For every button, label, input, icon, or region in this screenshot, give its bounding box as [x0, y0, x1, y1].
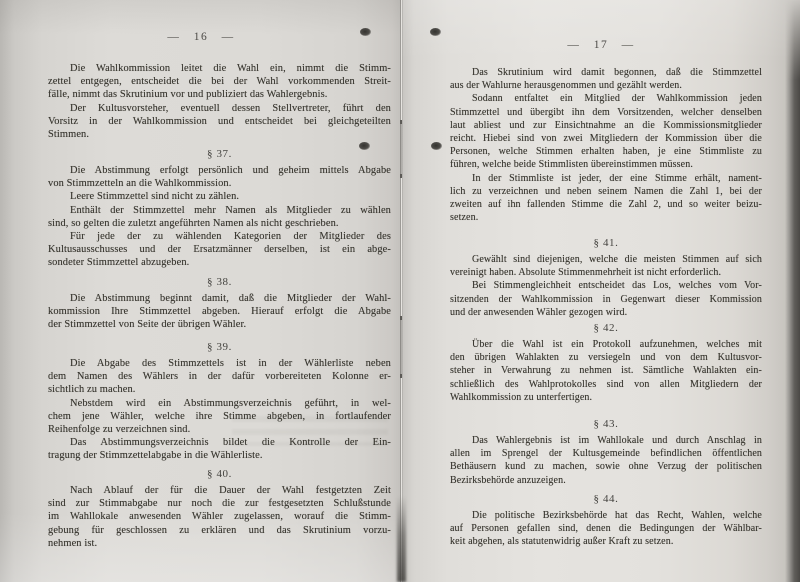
text-line: dem Namen des Wählers in der dafür vorbe…: [48, 370, 391, 383]
text-line: reicht. Hiebei sind von zwei Mitgliedern…: [450, 132, 762, 145]
paragraph: Über die Wahl ist ein Protokoll aufzuneh…: [450, 338, 762, 404]
paragraph: In der Stimmliste ist jeder, der eine St…: [450, 172, 762, 225]
text-line: Stimmen.: [48, 128, 391, 141]
staple-mark: [400, 316, 402, 378]
paragraph: Enthält der Stimmzettel mehr Namen als M…: [48, 204, 391, 230]
section-group: Die Wahlkommission leitet die Wahl ein, …: [48, 62, 391, 141]
section-group: § 43.Das Wahlergebnis ist im Wahllokale …: [450, 418, 762, 487]
paragraph: Der Kultusvorsteher, eventuell dessen St…: [48, 102, 391, 142]
paragraph: Das Skrutinium wird damit begonnen, daß …: [450, 66, 762, 92]
scanned-book-spread: — 16 — Die Wahlkommission leitet die Wah…: [0, 0, 800, 582]
paragraph: Die Abgabe des Stimmzettels ist in der W…: [48, 357, 391, 397]
paragraph: Sodann entfaltet ein Mitglied der Wahlko…: [450, 92, 762, 171]
text-line: Gewählt sind diejenigen, welche die meis…: [450, 253, 762, 266]
text-line: Enthält der Stimmzettel mehr Namen als M…: [48, 204, 391, 217]
text-line: sind, so gelten die zuletzt angeführten …: [48, 217, 391, 230]
section-heading: § 41.: [450, 237, 762, 250]
text-line: Die Abstimmung erfolgt persönlich und ge…: [48, 164, 391, 177]
section-group: § 37.Die Abstimmung erfolgt persönlich u…: [48, 148, 391, 270]
text-line: sitzenden der Wahlkommission in Gegenwar…: [450, 293, 762, 306]
staple-mark: [400, 120, 402, 178]
text-line: Die Wahlkommission leitet die Wahl ein, …: [48, 62, 391, 75]
text-line: aus der Wahlurne herausgenommen und gezä…: [450, 79, 762, 92]
section-group: § 42.Über die Wahl ist ein Protokoll auf…: [450, 322, 762, 404]
gutter-shadow: [397, 496, 406, 582]
text-line: kommission Ihre Stimmzettel abgeben. Hie…: [48, 305, 391, 318]
text-line: führen, welche beide Stimmlisten überein…: [450, 158, 762, 171]
paragraph: Leere Stimmzettel sind nicht zu zählen.: [48, 190, 391, 203]
paragraph: Die Abstimmung erfolgt persönlich und ge…: [48, 164, 391, 190]
text-line: steher in Verwahrung zu nehmen ist. Sämt…: [450, 364, 762, 377]
paragraph: Für jede der zu wählenden Kategorien der…: [48, 230, 391, 270]
section-group: § 38.Die Abstimmung beginnt damit, daß d…: [48, 276, 391, 332]
text-line: In der Stimmliste ist jeder, der eine St…: [450, 172, 762, 185]
text-line: keit abgehen, als statutenwidrig außer K…: [450, 535, 762, 548]
text-line: Für jede der zu wählenden Kategorien der…: [48, 230, 391, 243]
punch-hole: [360, 28, 371, 36]
text-line: zweiten auf ihn fallenden Stimme die Zah…: [450, 198, 762, 211]
text-line: Kultusausschusses und der Ersatzmänner d…: [48, 243, 391, 256]
right-page: — 17 — Das Skrutinium wird damit begonne…: [402, 0, 800, 582]
show-through-smudge: [232, 416, 388, 446]
section-heading: § 44.: [450, 493, 762, 506]
text-line: laut abliest und zur Einsichtnahme an di…: [450, 119, 762, 132]
text-line: der Stimmzettel von Seite der übrigen Wä…: [48, 318, 391, 331]
text-line: sondeter Stimmzettel abzugeben.: [48, 256, 391, 269]
text-line: gebung für geschlossen zu erklären und d…: [48, 524, 391, 537]
text-line: Das Wahlergebnis ist im Wahllokale und d…: [450, 434, 762, 447]
text-line: im Wahllokale anwesenden Wähler zugelass…: [48, 510, 391, 523]
section-heading: § 37.: [48, 148, 391, 161]
paragraph: Nach Ablauf der für die Dauer der Wahl f…: [48, 484, 391, 550]
text-line: tragung der Stimmzettelabgabe in die Wäh…: [48, 449, 391, 462]
left-page-text-column: Die Wahlkommission leitet die Wahl ein, …: [48, 0, 391, 582]
text-line: zettel entgegen, entscheidet die bei der…: [48, 75, 391, 88]
paragraph: Das Wahlergebnis ist im Wahllokale und d…: [450, 434, 762, 487]
text-line: Stimmzettel und übergibt ihn dem Vorsitz…: [450, 106, 762, 119]
text-line: Die Abgabe des Stimmzettels ist in der W…: [48, 357, 391, 370]
text-line: Bezirksbehörde anzuzeigen.: [450, 474, 762, 487]
section-group: § 44.Die politische Bezirksbehörde hat d…: [450, 493, 762, 549]
section-group: § 40.Nach Ablauf der für die Dauer der W…: [48, 468, 391, 550]
page-fold: [400, 0, 404, 582]
text-line: Die Abstimmung beginnt damit, daß die Mi…: [48, 292, 391, 305]
text-line: Die politische Bezirksbehörde hat das Re…: [450, 509, 762, 522]
text-line: Das Skrutinium wird damit begonnen, daß …: [450, 66, 762, 79]
text-line: Wahlkommission zu unterfertigen.: [450, 391, 762, 404]
text-line: Über die Wahl ist ein Protokoll aufzuneh…: [450, 338, 762, 351]
paragraph: Die Abstimmung beginnt damit, daß die Mi…: [48, 292, 391, 332]
punch-hole: [431, 142, 442, 150]
section-heading: § 43.: [450, 418, 762, 431]
section-group: Das Skrutinium wird damit begonnen, daß …: [450, 66, 762, 224]
punch-hole: [359, 142, 370, 150]
text-line: fälle, nimmt das Skrutinium vor und publ…: [48, 88, 391, 101]
text-line: den übrigen Wahlakten zu versiegeln und …: [450, 351, 762, 364]
text-line: Sodann entfaltet ein Mitglied der Wahlko…: [450, 92, 762, 105]
text-line: allen im Sprengel der Kultusgemeinde bef…: [450, 447, 762, 460]
text-line: vereinigt haben. Absolute Stimmenmehrhei…: [450, 266, 762, 279]
paragraph: Die Wahlkommission leitet die Wahl ein, …: [48, 62, 391, 102]
text-line: von Stimmzetteln an die Wahlkommission.: [48, 177, 391, 190]
text-line: Nebstdem wird ein Abstimmungsverzeichnis…: [48, 397, 391, 410]
text-line: Personen, welche Stimmen erhalten haben,…: [450, 145, 762, 158]
text-line: nehmen ist.: [48, 537, 391, 550]
text-line: Bethäusern kund zu machen, sowie ohne Ve…: [450, 460, 762, 473]
punch-hole: [430, 28, 441, 36]
text-line: lich zu verzeichnen und neben seinem Nam…: [450, 185, 762, 198]
text-line: auf Personen gefallen sind, denen die Be…: [450, 522, 762, 535]
scan-edge-shadow: [785, 0, 800, 582]
section-group: § 41.Gewählt sind diejenigen, welche die…: [450, 237, 762, 319]
text-line: und der anwesenden Wähler gezogen wird.: [450, 306, 762, 319]
section-heading: § 39.: [48, 341, 391, 354]
text-line: Der Kultusvorsteher, eventuell dessen St…: [48, 102, 391, 115]
section-heading: § 38.: [48, 276, 391, 289]
section-heading: § 40.: [48, 468, 391, 481]
text-line: setzen.: [450, 211, 762, 224]
paragraph: Die politische Bezirksbehörde hat das Re…: [450, 509, 762, 549]
text-line: sichtlich zu machen.: [48, 383, 391, 396]
text-line: Leere Stimmzettel sind nicht zu zählen.: [48, 190, 391, 203]
paragraph: Bei Stimmengleichheit entscheidet das Lo…: [450, 279, 762, 319]
text-line: Vorsitz in der Wahlkommission und entsch…: [48, 115, 391, 128]
right-page-text-column: Das Skrutinium wird damit begonnen, daß …: [450, 0, 762, 582]
paragraph: Gewählt sind diejenigen, welche die meis…: [450, 253, 762, 279]
text-line: Nach Ablauf der für die Dauer der Wahl f…: [48, 484, 391, 497]
section-heading: § 42.: [450, 322, 762, 335]
text-line: Bei Stimmengleichheit entscheidet das Lo…: [450, 279, 762, 292]
text-line: schließlich des Wahlprotokolles sind von…: [450, 378, 762, 391]
text-line: sind zur Stimmabgabe nur noch die zur fe…: [48, 497, 391, 510]
left-page: — 16 — Die Wahlkommission leitet die Wah…: [0, 0, 402, 582]
